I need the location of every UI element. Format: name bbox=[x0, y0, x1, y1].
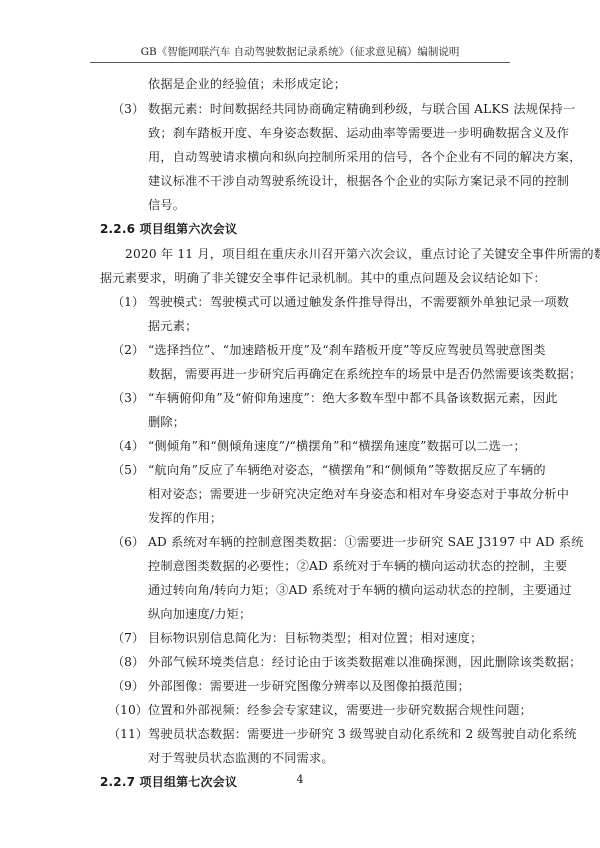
paragraph-line: 2020 年 11 月，项目组在重庆永川召开第六次会议，重点讨论了关键安全事件所… bbox=[125, 245, 600, 263]
list-item-line: 驾驶员状态数据：需要进一步研究 3 级驾驶自动化系统和 2 级驾驶自动化系统 bbox=[148, 725, 577, 743]
list-number: （6） bbox=[112, 533, 144, 551]
list-item-line: 数据，需要再进一步研究后再确定在系统控车的场景中是否仍然需要该类数据； bbox=[148, 365, 582, 383]
list-number: （4） bbox=[112, 437, 144, 455]
list-item-line: 致；刹车踏板开度、车身姿态数据、运动曲率等需要进一步明确数据含义及作 bbox=[148, 124, 569, 142]
list-number: （10） bbox=[108, 701, 148, 719]
list-item-line: 信号。 bbox=[148, 196, 185, 214]
list-number: （11） bbox=[108, 725, 148, 743]
page-header: GB《智能网联汽车 自动驾驶数据记录系统》（征求意见稿）编制说明 bbox=[0, 44, 600, 59]
list-item-line: “选择挡位”、“加速踏板开度”及“刹车踏板开度”等反应驾驶员驾驶意图类 bbox=[148, 341, 546, 359]
list-item-line: 位置和外部视频：经参会专家建议，需要进一步研究数据合规性问题； bbox=[148, 701, 532, 719]
list-item-line: 用，自动驾驶请求横向和纵向控制所采用的信号，各个企业有不同的解决方案， bbox=[148, 148, 582, 166]
header-rule bbox=[90, 62, 510, 63]
list-number: （2） bbox=[112, 341, 144, 359]
list-item-line: 建议标准不干涉自动驾驶系统设计，根据各个企业的实际方案记录不同的控制 bbox=[148, 172, 569, 190]
list-item-line: 据元素； bbox=[148, 317, 198, 335]
continuation-line: 依据是企业的经验值；未形成定论； bbox=[148, 75, 346, 93]
list-item-line: 驾驶模式：驾驶模式可以通过触发条件推导得出，不需要额外单独记录一项数 bbox=[148, 293, 569, 311]
list-item-line: 外部图像：需要进一步研究图像分辨率以及图像拍摄范围； bbox=[148, 677, 470, 695]
list-item-line: 通过转向角/转向力矩；③AD 系统对于车辆的横向运动状态的控制，主要通过 bbox=[148, 581, 572, 599]
list-item-line: “车辆俯仰角”及“俯仰角速度”：绝大多数车型中都不具备该数据元素，因此 bbox=[148, 389, 558, 407]
list-item-line: AD 系统对车辆的控制意图类数据：①需要进一步研究 SAE J3197 中 AD… bbox=[148, 533, 584, 551]
list-item-line: “航向角”反应了车辆绝对姿态，“横摆角”和“侧倾角”等数据反应了车辆的 bbox=[148, 461, 546, 479]
section-heading-2-2-6: 2.2.6 项目组第六次会议 bbox=[100, 220, 237, 238]
list-item-line: 发挥的作用； bbox=[148, 509, 222, 527]
list-item-line: 数据元素：时间数据经共同协商确定精确到秒级，与联合国 ALKS 法规保持一 bbox=[148, 100, 575, 118]
list-item-line: 对于驾驶员状态监测的不同需求。 bbox=[148, 749, 334, 767]
list-item-line: 目标物识别信息简化为：目标物类型；相对位置；相对速度； bbox=[148, 629, 482, 647]
list-number: （3） bbox=[112, 389, 144, 407]
page-number: 4 bbox=[0, 773, 600, 786]
list-item-line: 外部气候环境类信息：经讨论由于该类数据难以准确探测，因此删除该类数据； bbox=[148, 653, 582, 671]
list-number: （9） bbox=[112, 677, 144, 695]
list-item-line: 相对姿态；需要进一步研究决定绝对车身姿态和相对车身姿态对于事故分析中 bbox=[148, 485, 569, 503]
list-number: （5） bbox=[112, 461, 144, 479]
paragraph-line: 据元素要求，明确了非关键安全事件记录机制。其中的重点问题及会议结论如下： bbox=[100, 269, 546, 287]
list-number: （8） bbox=[112, 653, 144, 671]
list-item-line: 控制意图类数据的必要性；②AD 系统对于车辆的横向运动状态的控制，主要 bbox=[148, 557, 567, 575]
list-number: （7） bbox=[112, 629, 144, 647]
list-item-line: 纵向加速度/力矩； bbox=[148, 605, 251, 623]
list-number: （3） bbox=[112, 100, 144, 118]
list-item-line: 删除； bbox=[148, 413, 185, 431]
list-item-line: “侧倾角”和“侧倾角速度”/“横摆角”和“横摆角速度”数据可以二选一； bbox=[148, 437, 526, 455]
list-number: （1） bbox=[112, 293, 144, 311]
